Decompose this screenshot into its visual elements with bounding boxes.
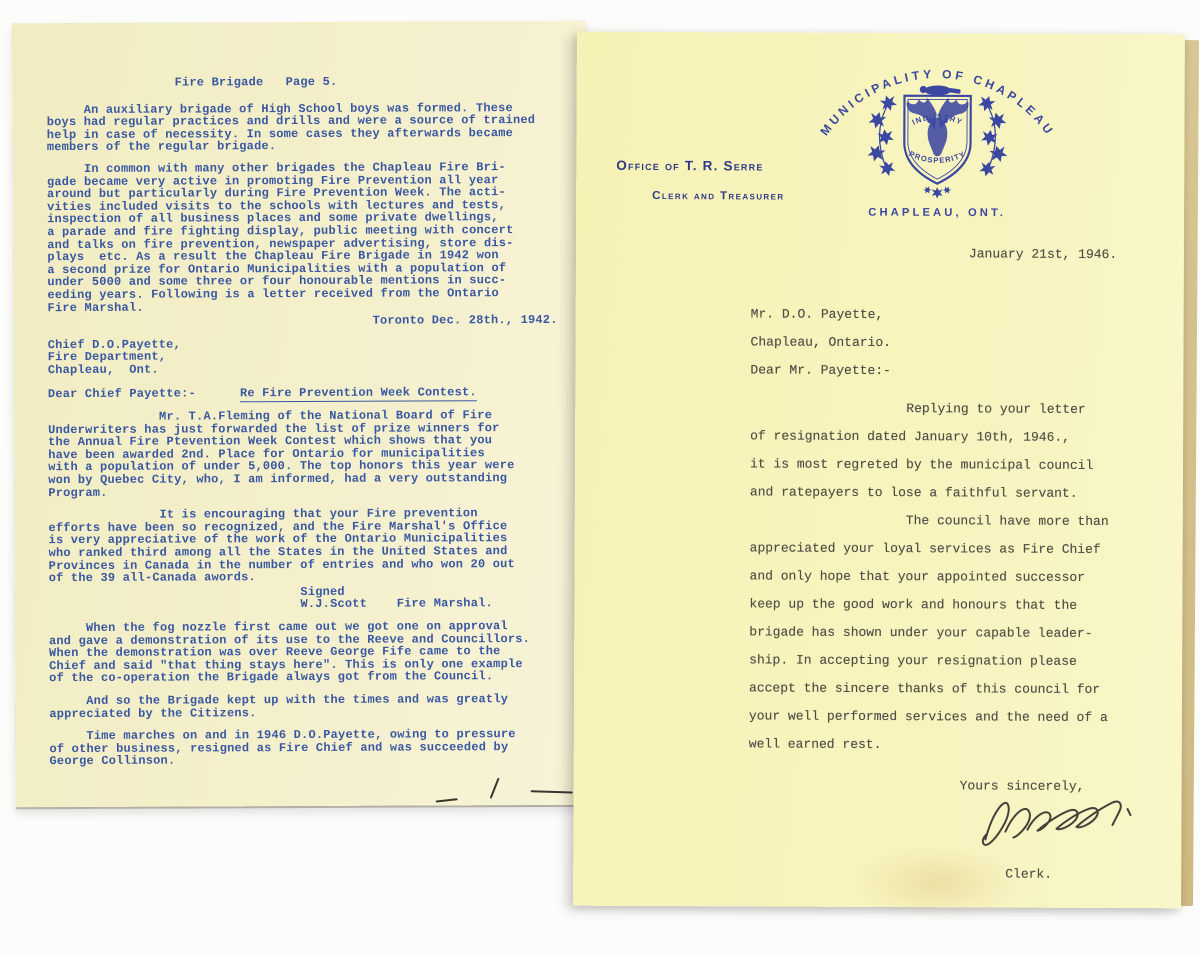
text-line: Mr. D.O. Payette, xyxy=(751,300,892,329)
text-line: members of the regular brigade. xyxy=(47,139,569,154)
subject-line: Re Fire Prevention Week Contest. xyxy=(240,386,477,403)
text-line: and ratepayers to lose a faithful servan… xyxy=(750,478,1109,508)
text-line: accept the sincere thanks of this counci… xyxy=(749,674,1108,704)
letterhead-office-block: Office of T. R. Serre Clerk and Treasure… xyxy=(616,152,785,211)
text-line: well earned rest. xyxy=(749,730,1108,760)
text-line: George Collinson. xyxy=(49,753,571,768)
scanned-documents: Fire Brigade Page 5. An auxiliary brigad… xyxy=(0,0,1200,955)
text-line: of the co-operation the Brigade always g… xyxy=(49,670,571,685)
text-line: The council have more than xyxy=(750,506,1109,536)
text-line: And so the Brigade kept up with the time… xyxy=(49,693,571,708)
text-line: appreciated your loyal services as Fire … xyxy=(750,534,1109,564)
beaver-icon xyxy=(920,85,961,95)
text-line: appreciated by the Citizens. xyxy=(49,705,571,720)
text-line: and only hope that your appointed succes… xyxy=(749,562,1108,592)
crest-city-text: CHAPLEAU, ONT. xyxy=(868,207,1006,220)
leaf-ornament-icon xyxy=(922,185,952,199)
text-line: W.J.Scott Fire Marshal. xyxy=(49,597,571,612)
office-of-clerk-line: Office of T. R. Serre xyxy=(616,152,784,181)
maple-leaves-icon xyxy=(866,93,898,178)
text-line: of the 39 all-Canada awords. xyxy=(49,570,571,585)
paragraph-resignation: Time marches on and in 1946 D.O.Payette,… xyxy=(49,728,571,768)
text-line: won by Quebec City, who, I am informed, … xyxy=(48,472,570,487)
signed-block: Signed W.J.Scott Fire Marshal. xyxy=(49,585,571,612)
clerk-treasurer-line: Clerk and Treasurer xyxy=(652,182,784,211)
paragraph-prize-winners: Mr. T.A.Fleming of the National Board of… xyxy=(48,409,570,499)
salutation: Dear Chief Payette:- xyxy=(48,387,196,402)
recipient-address-block: Mr. D.O. Payette,Chapleau, Ontario.Dear … xyxy=(750,300,891,385)
paper-smudge xyxy=(853,845,1023,921)
text-line: Chapleau, Ont. xyxy=(48,362,570,377)
pen-mark xyxy=(490,778,500,799)
signature-script: T. R. Serre xyxy=(971,781,1166,862)
text-line: Replying to your letter xyxy=(750,394,1109,424)
pen-mark xyxy=(531,790,573,793)
paragraph-fog-nozzle: When the fog nozzle first came out we go… xyxy=(49,620,571,685)
paragraph-brigade-times: And so the Brigade kept up with the time… xyxy=(49,693,571,720)
text-line: Chapleau, Ontario. xyxy=(750,328,891,357)
resignation-acceptance-letter: Office of T. R. Serre Clerk and Treasure… xyxy=(573,32,1185,909)
text-line: your well performed services and the nee… xyxy=(749,702,1108,732)
text-line: brigade has shown under your capable lea… xyxy=(749,618,1108,648)
municipality-crest: MUNICIPALITY OF CHAPLEAU INDUSTRY xyxy=(802,49,1073,222)
paragraph-encouraging: It is encouraging that your Fire prevent… xyxy=(48,507,570,585)
text-line: eeding years. Following is a letter rece… xyxy=(47,287,569,302)
letter-dateline: Toronto Dec. 28th., 1942. xyxy=(48,314,570,329)
maple-leaves-icon xyxy=(977,94,1009,179)
letter-date: January 21st, 1946. xyxy=(969,240,1117,269)
page-title: Fire Brigade Page 5. xyxy=(175,75,569,89)
history-page: Fire Brigade Page 5. An auxiliary brigad… xyxy=(12,21,589,807)
pen-mark xyxy=(436,798,458,802)
letter-body: Replying to your letterof resignation da… xyxy=(749,394,1109,760)
salutation-line: Dear Chief Payette:-Re Fire Prevention W… xyxy=(48,386,570,401)
recipient-address-block: Chief D.O.Payette,Fire Department,Chaple… xyxy=(48,337,570,377)
text-line: keep up the good work and honours that t… xyxy=(749,590,1108,620)
text-line: ship. In accepting your resignation plea… xyxy=(749,646,1108,676)
text-line: of resignation dated January 10th, 1946.… xyxy=(750,422,1109,452)
paragraph-fire-prevention: In common with many other brigades the C… xyxy=(47,161,570,314)
text-line: Dear Mr. Payette:- xyxy=(750,356,891,385)
text-line: it is most regreted by the municipal cou… xyxy=(750,450,1109,480)
paragraph-auxiliary-brigade: An auxiliary brigade of High School boys… xyxy=(47,101,569,154)
text-line: Fire Marshal. xyxy=(48,299,570,314)
